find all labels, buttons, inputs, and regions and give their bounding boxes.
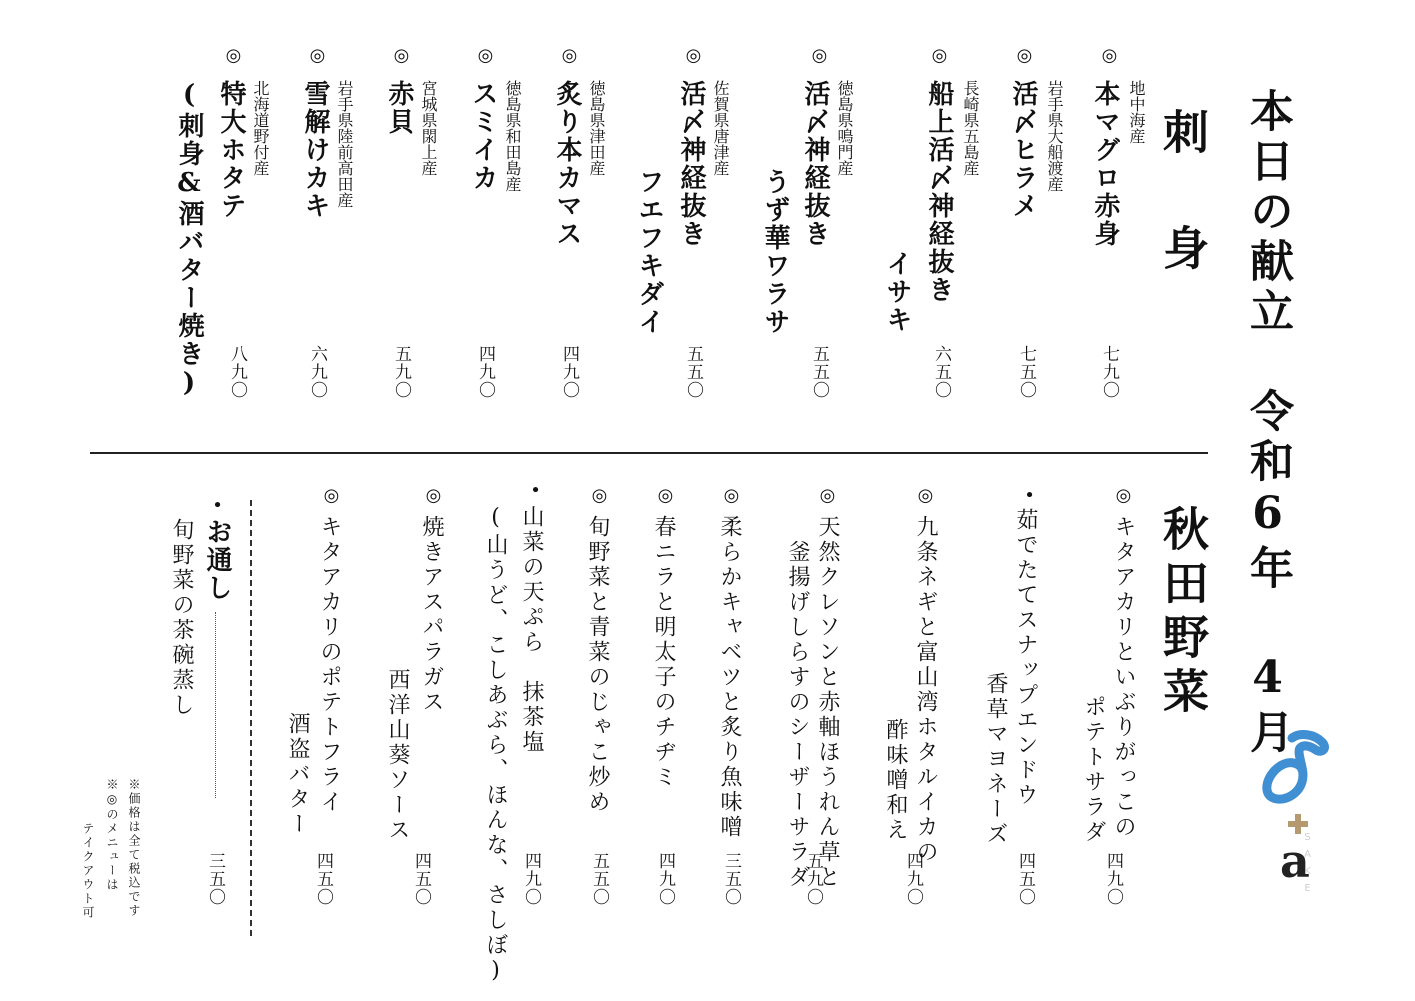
double-circle-icon: ◎ [930, 45, 948, 66]
item-price: 四九〇 [1104, 852, 1121, 906]
item-origin: 岩手県陸前高田産 [336, 80, 352, 208]
item-name: スミイカ [470, 80, 496, 192]
double-circle-icon: ◎ [818, 485, 836, 506]
item-name-line2: (刺身&酒バター焼き) [176, 80, 202, 400]
item-name: キタアカリといぶりがっこの [1112, 515, 1134, 840]
item-name: 本マグロ赤身 [1092, 80, 1118, 248]
double-circle-icon: ◎ [224, 45, 242, 66]
item-price: 四九〇 [904, 852, 921, 906]
item-name: キタアカリのポテトフライ [318, 515, 340, 815]
item-origin: 徳島県津田産 [588, 80, 604, 176]
logo-mi-icon [1262, 730, 1334, 810]
item-price: 四五〇 [412, 852, 429, 906]
item-name: 活〆神経抜き [678, 80, 704, 248]
otoshi-description: 旬野菜の茶碗蒸し [170, 518, 192, 718]
item-name: 赤貝 [386, 80, 412, 136]
item-price: 七九〇 [1100, 345, 1117, 399]
note-tax: ※価格は全て税込です [128, 778, 140, 918]
item-price: 六九〇 [308, 345, 325, 399]
item-name-line2: ポテトサラダ [1082, 695, 1104, 845]
item-name: 山菜の天ぷら 抹茶塩 [520, 505, 542, 755]
item-price: 五九〇 [392, 345, 409, 399]
otoshi-price: 三五〇 [206, 852, 223, 906]
item-name-line2: 香草マヨネーズ [984, 672, 1006, 847]
double-circle-icon: ◎ [656, 485, 674, 506]
item-name-line2: イサキ [884, 250, 910, 334]
item-origin: 岩手県大船渡産 [1046, 80, 1062, 192]
item-price: 八九〇 [228, 345, 245, 399]
item-name-line2: うず華ワラサ [762, 168, 788, 336]
item-name-line2: 酒盗バター [286, 712, 308, 837]
item-origin: 佐賀県唐津産 [712, 80, 728, 176]
double-circle-icon: ◎ [308, 45, 326, 66]
item-name-line2: 酢味噌和え [884, 718, 906, 843]
item-name: 焼きアスパラガス [420, 515, 442, 715]
item-name: 九条ネギと富山湾ホタルイカの [914, 515, 936, 865]
double-circle-icon: ◎ [916, 485, 934, 506]
item-price: 四五〇 [1016, 852, 1033, 906]
double-circle-icon: ◎ [424, 485, 442, 506]
item-name: 柔らかキャベツと炙り魚味噌 [718, 515, 740, 840]
section-heading-sashimi: 刺 身 [1160, 108, 1206, 278]
page-title: 本日の献立 令和6年 4月 [1245, 88, 1289, 759]
item-origin: 地中海産 [1128, 80, 1144, 144]
item-name: 旬野菜と青菜のじゃこ炒め [586, 515, 608, 815]
otoshi-name: お通し [204, 518, 230, 602]
note-takeout-cont: テイクアウト可 [82, 822, 94, 920]
item-name: 雪解けカキ [302, 80, 328, 220]
double-circle-icon: ◎ [322, 485, 340, 506]
item-name: 特大ホタテ [218, 80, 244, 220]
item-name-line2: フエフキダイ [636, 168, 662, 336]
item-price: 四九〇 [522, 852, 539, 906]
logo-subtext: SAKE [1302, 832, 1312, 900]
item-name-line2: 西洋山葵ソース [386, 668, 408, 843]
double-circle-icon: ◎ [560, 45, 578, 66]
bullet-icon: • [526, 480, 544, 501]
bullet-icon: • [208, 495, 226, 516]
double-circle-icon: ◎ [1100, 45, 1118, 66]
dotted-leader [215, 612, 216, 798]
item-price: 五五〇 [810, 345, 827, 399]
item-price: 四五〇 [314, 852, 331, 906]
item-price: 五五〇 [684, 345, 701, 399]
item-origin: 徳島県鳴門産 [836, 80, 852, 176]
item-name: 天然クレソンと赤軸ほうれん草と [816, 515, 838, 890]
item-price: 三五〇 [722, 852, 739, 906]
item-name: 茹でたてスナップエンドウ [1014, 508, 1036, 808]
item-price: 四九〇 [656, 852, 673, 906]
item-price: 四九〇 [476, 345, 493, 399]
item-origin: 北海道野付産 [252, 80, 268, 176]
dashed-separator [250, 500, 252, 936]
item-name: 炙り本カマス [554, 80, 580, 248]
double-circle-icon: ◎ [684, 45, 702, 66]
item-name-line2: 釜揚げしらすのシーザーサラダ [786, 540, 808, 890]
double-circle-icon: ◎ [1015, 45, 1033, 66]
plus-cross-icon [1288, 814, 1308, 834]
item-name: 活〆神経抜き [802, 80, 828, 248]
item-name: 春ニラと明太子のチヂミ [652, 515, 674, 790]
bullet-icon: • [1020, 485, 1038, 506]
item-name-line2: (山うど、こしあぶら、ほんな、さしぼ) [484, 505, 506, 986]
double-circle-icon: ◎ [722, 485, 740, 506]
shop-logo: a SAKE [1262, 730, 1334, 910]
item-price: 七五〇 [1017, 345, 1034, 399]
note-takeout: ※◎のメニューは [106, 778, 118, 892]
section-divider [90, 452, 1208, 454]
double-circle-icon: ◎ [1114, 485, 1132, 506]
item-origin: 長崎県五島産 [962, 80, 978, 176]
item-name: 活〆ヒラメ [1010, 80, 1036, 220]
double-circle-icon: ◎ [810, 45, 828, 66]
double-circle-icon: ◎ [590, 485, 608, 506]
item-price: 五九〇 [804, 852, 821, 906]
item-price: 五五〇 [590, 852, 607, 906]
item-origin: 徳島県和田島産 [504, 80, 520, 192]
item-origin: 宮城県閖上産 [420, 80, 436, 176]
item-name: 船上活〆神経抜き [926, 80, 952, 304]
item-price: 六五〇 [932, 345, 949, 399]
section-heading-akita: 秋田野菜 [1160, 505, 1206, 721]
double-circle-icon: ◎ [476, 45, 494, 66]
item-price: 四九〇 [560, 345, 577, 399]
double-circle-icon: ◎ [392, 45, 410, 66]
